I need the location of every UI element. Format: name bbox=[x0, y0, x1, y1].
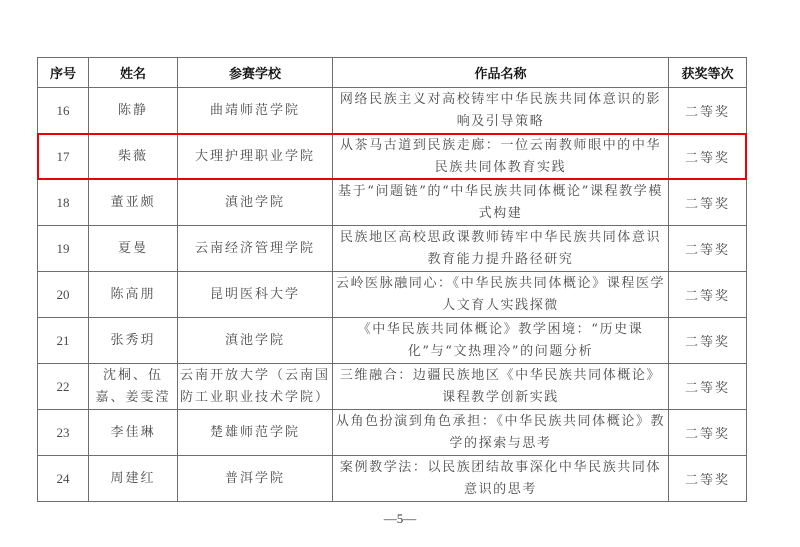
cell-work-title: 基于“问题链”的“中华民族共同体概论”课程教学模式构建 bbox=[333, 180, 669, 226]
cell-name: 张秀玥 bbox=[89, 318, 178, 364]
table-row: 23 李佳琳 楚雄师范学院 从角色扮演到角色承担：《中华民族共同体概论》教学的探… bbox=[38, 410, 747, 456]
awards-table: 序号 姓名 参赛学校 作品名称 获奖等次 16 陈静 曲靖师范学院 网络民族主义… bbox=[37, 57, 747, 502]
cell-name: 沈桐、伍嘉、姜雯滢 bbox=[89, 364, 178, 410]
cell-name: 柴薇 bbox=[89, 134, 178, 180]
cell-work-title: 云岭医脉融同心：《中华民族共同体概论》课程医学人文育人实践探微 bbox=[333, 272, 669, 318]
cell-work-title: 案例教学法：以民族团结故事深化中华民族共同体意识的思考 bbox=[333, 456, 669, 502]
cell-award: 二等奖 bbox=[669, 180, 747, 226]
cell-school: 曲靖师范学院 bbox=[178, 88, 333, 134]
cell-school: 普洱学院 bbox=[178, 456, 333, 502]
page-number: —5— bbox=[0, 511, 800, 527]
table-row-highlighted: 17 柴薇 大理护理职业学院 从茶马古道到民族走廊：一位云南教师眼中的中华民族共… bbox=[38, 134, 747, 180]
table-row: 20 陈高朋 昆明医科大学 云岭医脉融同心：《中华民族共同体概论》课程医学人文育… bbox=[38, 272, 747, 318]
cell-work-title: 三维融合：边疆民族地区《中华民族共同体概论》课程教学创新实践 bbox=[333, 364, 669, 410]
cell-number: 18 bbox=[38, 180, 89, 226]
cell-award: 二等奖 bbox=[669, 364, 747, 410]
header-school: 参赛学校 bbox=[178, 58, 333, 88]
cell-name: 李佳琳 bbox=[89, 410, 178, 456]
table-row: 21 张秀玥 滇池学院 《中华民族共同体概论》教学困境：“历史课化”与“文热理冷… bbox=[38, 318, 747, 364]
cell-work-title: 网络民族主义对高校铸牢中华民族共同体意识的影响及引导策略 bbox=[333, 88, 669, 134]
cell-name: 陈高朋 bbox=[89, 272, 178, 318]
cell-name: 周建红 bbox=[89, 456, 178, 502]
cell-award: 二等奖 bbox=[669, 88, 747, 134]
cell-number: 23 bbox=[38, 410, 89, 456]
header-name: 姓名 bbox=[89, 58, 178, 88]
cell-award: 二等奖 bbox=[669, 318, 747, 364]
cell-name: 陈静 bbox=[89, 88, 178, 134]
table-row: 18 董亚颇 滇池学院 基于“问题链”的“中华民族共同体概论”课程教学模式构建 … bbox=[38, 180, 747, 226]
cell-number: 22 bbox=[38, 364, 89, 410]
cell-school: 昆明医科大学 bbox=[178, 272, 333, 318]
table-row: 16 陈静 曲靖师范学院 网络民族主义对高校铸牢中华民族共同体意识的影响及引导策… bbox=[38, 88, 747, 134]
table-row: 19 夏曼 云南经济管理学院 民族地区高校思政课教师铸牢中华民族共同体意识教育能… bbox=[38, 226, 747, 272]
cell-number: 24 bbox=[38, 456, 89, 502]
cell-name: 董亚颇 bbox=[89, 180, 178, 226]
table-row: 24 周建红 普洱学院 案例教学法：以民族团结故事深化中华民族共同体意识的思考 … bbox=[38, 456, 747, 502]
cell-work-title: 从角色扮演到角色承担：《中华民族共同体概论》教学的探索与思考 bbox=[333, 410, 669, 456]
document-page: 序号 姓名 参赛学校 作品名称 获奖等次 16 陈静 曲靖师范学院 网络民族主义… bbox=[0, 0, 800, 547]
cell-award: 二等奖 bbox=[669, 410, 747, 456]
cell-number: 17 bbox=[38, 134, 89, 180]
cell-number: 16 bbox=[38, 88, 89, 134]
cell-school: 云南经济管理学院 bbox=[178, 226, 333, 272]
cell-work-title: 民族地区高校思政课教师铸牢中华民族共同体意识教育能力提升路径研究 bbox=[333, 226, 669, 272]
cell-number: 21 bbox=[38, 318, 89, 364]
cell-award: 二等奖 bbox=[669, 134, 747, 180]
cell-school: 大理护理职业学院 bbox=[178, 134, 333, 180]
cell-award: 二等奖 bbox=[669, 456, 747, 502]
table-row: 22 沈桐、伍嘉、姜雯滢 云南开放大学（云南国防工业职业技术学院） 三维融合：边… bbox=[38, 364, 747, 410]
cell-number: 20 bbox=[38, 272, 89, 318]
cell-school: 滇池学院 bbox=[178, 318, 333, 364]
cell-work-title: 从茶马古道到民族走廊：一位云南教师眼中的中华民族共同体教育实践 bbox=[333, 134, 669, 180]
header-award: 获奖等次 bbox=[669, 58, 747, 88]
cell-award: 二等奖 bbox=[669, 226, 747, 272]
header-work-title: 作品名称 bbox=[333, 58, 669, 88]
cell-work-title: 《中华民族共同体概论》教学困境：“历史课化”与“文热理冷”的问题分析 bbox=[333, 318, 669, 364]
cell-number: 19 bbox=[38, 226, 89, 272]
cell-school: 云南开放大学（云南国防工业职业技术学院） bbox=[178, 364, 333, 410]
cell-school: 滇池学院 bbox=[178, 180, 333, 226]
cell-school: 楚雄师范学院 bbox=[178, 410, 333, 456]
header-number: 序号 bbox=[38, 58, 89, 88]
table-header-row: 序号 姓名 参赛学校 作品名称 获奖等次 bbox=[38, 58, 747, 88]
cell-award: 二等奖 bbox=[669, 272, 747, 318]
cell-name: 夏曼 bbox=[89, 226, 178, 272]
